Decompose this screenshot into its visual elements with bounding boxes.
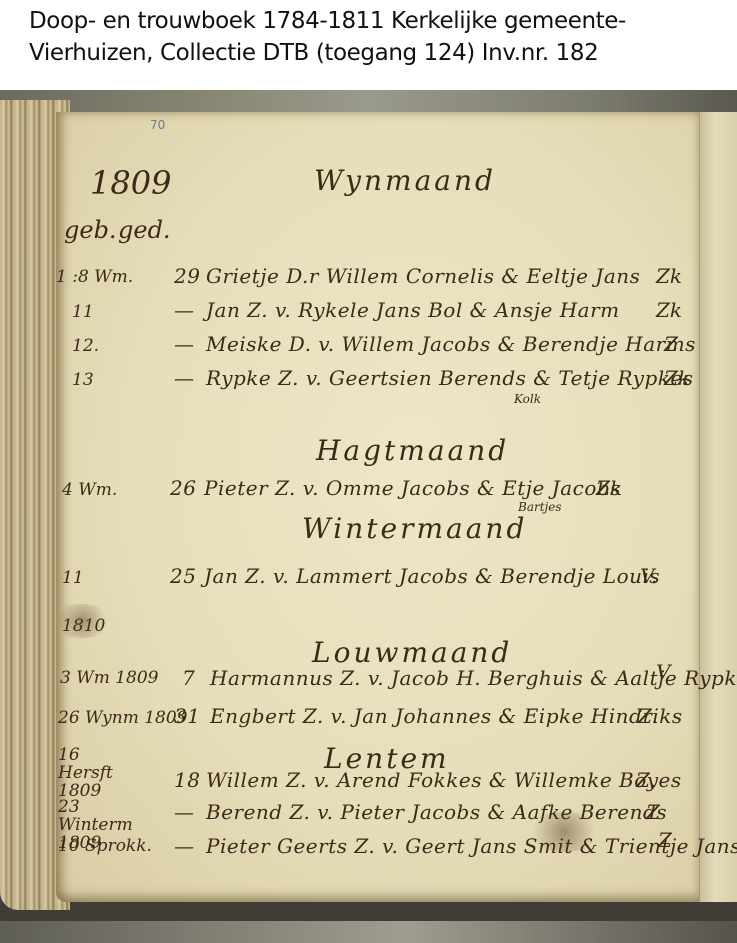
entry-birth-date: 4 Wm. — [62, 480, 117, 500]
entry-birth-date: 11 — [72, 302, 94, 322]
facing-page-edge — [699, 112, 737, 902]
entry-status: Z. — [638, 704, 658, 728]
binding-top-edge — [0, 90, 737, 112]
entry-text: Engbert Z. v. Jan Johannes & Eipke Hindr… — [210, 704, 683, 728]
register-page: 70 1809 Wynmaand geb. ged. 1 :8 Wm. 29 G… — [56, 112, 699, 902]
entry-text: Pieter Z. v. Omme Jacobs & Etje Jacobs — [204, 476, 621, 500]
entry-text: Meiske D. v. Willem Jacobs & Berendje Ha… — [206, 332, 696, 356]
entry-status: V. — [640, 564, 657, 588]
entry-status: Z. — [636, 768, 656, 792]
register-year: 1809 — [90, 164, 171, 202]
entry-baptism-day: — — [174, 298, 195, 322]
entry-baptism-day: 7 — [182, 666, 195, 690]
entry-baptism-day: — — [174, 800, 195, 824]
entry-baptism-day: 26 — [170, 476, 196, 500]
manuscript-scan: 70 1809 Wynmaand geb. ged. 1 :8 Wm. 29 G… — [0, 90, 737, 943]
folio-number: 70 — [150, 118, 165, 132]
entry-baptism-day: 31 — [174, 704, 200, 728]
entry-baptism-day: — — [174, 366, 195, 390]
entry-birth-date: 16 Hersft 1809 — [58, 746, 122, 800]
entry-status: Z — [664, 332, 678, 356]
entry-text: Jan Z. v. Rykele Jans Bol & Ansje Harm — [206, 298, 620, 322]
entry-birth-date: 1 :8 Wm. — [56, 267, 133, 287]
entry-status: Zk — [656, 264, 682, 288]
ink-stain — [52, 604, 112, 638]
entry-baptism-day: 18 — [174, 768, 200, 792]
column-header-born: geb. — [64, 216, 117, 244]
entry-birth-date: 11 — [62, 568, 84, 588]
entry-text: Rypke Z. v. Geertsien Berends & Tetje Ry… — [206, 366, 693, 390]
binding-bottom-edge — [0, 921, 737, 943]
entry-status: Zk — [596, 476, 622, 500]
entry-birth-date: 3 Wm 1809 — [60, 668, 158, 688]
caption-line-2: Vierhuizen, Collectie DTB (toegang 124) … — [29, 40, 598, 66]
entry-status: Zk — [656, 298, 682, 322]
entry-baptism-day: 29 — [174, 264, 200, 288]
entry-baptism-day: — — [174, 332, 195, 356]
entry-text: Jan Z. v. Lammert Jacobs & Berendje Loui… — [204, 564, 660, 588]
entry-text: Grietje D.r Willem Cornelis & Eeltje Jan… — [206, 264, 640, 288]
entry-baptism-day: — — [174, 834, 195, 858]
entry-status: V — [656, 660, 670, 684]
entry-birth-date: 12. — [72, 336, 99, 356]
entry-birth-date: 13 — [72, 370, 94, 390]
month-heading-hagtmaand: Hagtmaand — [316, 434, 509, 467]
entry-status: Z — [658, 828, 672, 852]
column-header-baptized: ged. — [118, 216, 171, 244]
month-heading-louwmaand: Louwmaand — [312, 636, 512, 669]
entry-text: Willem Z. v. Arend Fokkes & Willemke Boy… — [206, 768, 682, 792]
entry-birth-date: 26 Wynm 1809 — [58, 708, 187, 728]
entry-birth-date: 10 Sprokk. — [58, 836, 152, 856]
month-heading-wintermaand: Wintermaand — [302, 512, 527, 545]
document-caption: Doop- en trouwboek 1784-1811 Kerkelijke … — [0, 0, 737, 88]
entry-note: Kolk — [514, 392, 541, 406]
entry-status: Z — [646, 800, 660, 824]
entry-baptism-day: 25 — [170, 564, 196, 588]
month-heading-wynmaand: Wynmaand — [314, 164, 496, 197]
caption-line-1: Doop- en trouwboek 1784-1811 Kerkelijke … — [29, 8, 626, 34]
ink-smudge — [524, 812, 604, 852]
entry-status: Zk — [664, 366, 690, 390]
